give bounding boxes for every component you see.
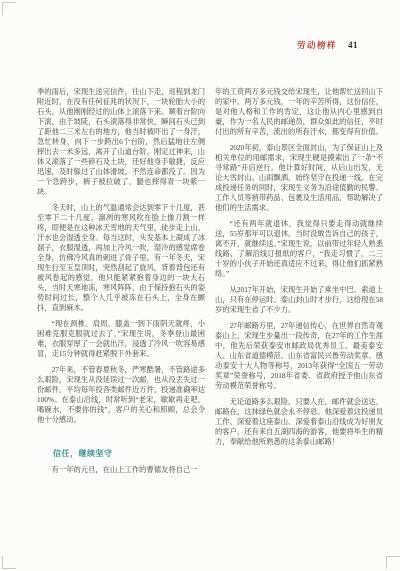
article-body: 季的雨后，宋现生送完信件，往山下走，返程到龙门附近时，在没有任何征兆的状况下，一… bbox=[37, 87, 383, 481]
body-paragraph: 有一年的元旦，在山上工作的曹德友将自己一 bbox=[37, 465, 205, 475]
scan-corner-mark-bottom-right bbox=[386, 556, 400, 569]
page-number: 41 bbox=[348, 40, 358, 50]
page-header: 劳动榜样 41 bbox=[297, 39, 358, 51]
body-paragraph: 2020年初，泰山景区全面封山，为了保证山上及相关单位的用邮需求，宋现生硬是摸索… bbox=[215, 143, 383, 213]
section-title: 劳动榜样 bbox=[297, 39, 337, 51]
body-paragraph: 年的工资两万多元钱交给宋现生，让他帮忙送回山下的家中。两万多元钱，一年的辛苦所得… bbox=[215, 87, 383, 137]
body-paragraph: “现在颈椎、肩周、膝盖一到下雨阴天就疼，小困难克服克服就过去了。”宋现生说，冬季… bbox=[37, 319, 205, 359]
scan-corner-mark-top-left bbox=[2, 2, 16, 15]
section-subheading: 信任，继续坚守 bbox=[37, 449, 205, 459]
right-column: 年的工资两万多元钱交给宋现生，让他帮忙送回山下的家中。两万多元钱，一年的辛苦所得… bbox=[215, 87, 383, 481]
body-paragraph: 从2017年开始，宋现生开始了乘坐中巴、索道上山，只有在停运时、泰山封山时才步行… bbox=[215, 285, 383, 315]
body-paragraph: 无论道路多么艰险，只要人在，邮件就会送达，邮路在，这抹绿色就会永不停息。他深爱着… bbox=[215, 397, 383, 447]
left-column: 季的雨后，宋现生送完信件，往山下走，返程到龙门附近时，在没有任何征兆的状况下，一… bbox=[37, 87, 205, 481]
body-paragraph: 27年邮路万里，27年递信传心，在世界自然奇观泰山上，宋现生步量出一段传奇，在2… bbox=[215, 321, 383, 391]
body-paragraph: 季的雨后，宋现生送完信件，往山下走，返程到龙门附近时，在没有任何征兆的状况下，一… bbox=[37, 87, 205, 197]
magazine-page: 劳动榜样 41 季的雨后，宋现生送完信件，往山下走，返程到龙门附近时，在没有任何… bbox=[0, 0, 400, 571]
body-paragraph: 冬天时，山上的气温通常会达到零下十几度，甚至零下二十几度。凛冽的寒风吹在脸上像刀… bbox=[37, 203, 205, 313]
scan-corner-mark-bottom-left bbox=[2, 556, 16, 569]
body-paragraph: “还有两年就退休，我觉得只要走得动就继续送，55岁那年可以退休，当时没敢告诉自己… bbox=[215, 219, 383, 279]
body-paragraph: 27年来，不管春夏秋冬，严寒酷暑，不管路途多么艰险，宋现生从没延误过一次邮，也从… bbox=[37, 365, 205, 425]
